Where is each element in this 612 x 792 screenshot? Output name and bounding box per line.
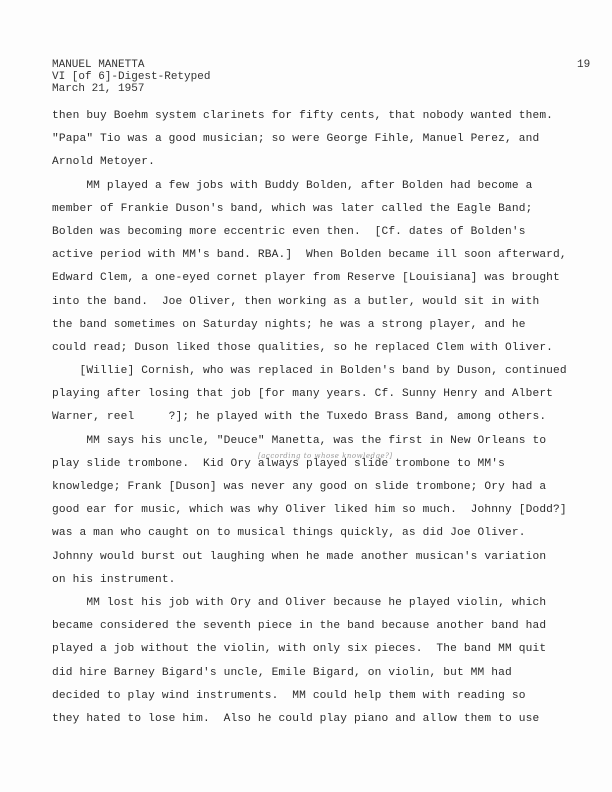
text-line: then buy Boehm system clarinets for fift… <box>52 105 567 128</box>
reel-info: VI [of 6]-Digest-Retyped <box>52 71 210 83</box>
text-line: good ear for music, which was why Oliver… <box>52 499 567 522</box>
text-line: was a man who caught on to musical thing… <box>52 522 567 545</box>
text-line: MM played a few jobs with Buddy Bolden, … <box>52 175 567 198</box>
text-line: could read; Duson liked those qualities,… <box>52 337 567 360</box>
text-line: decided to play wind instruments. MM cou… <box>52 685 567 708</box>
text-line: into the band. Joe Oliver, then working … <box>52 291 567 314</box>
text-line: Edward Clem, a one-eyed cornet player fr… <box>52 267 567 290</box>
text-line: Johnny would burst out laughing when he … <box>52 546 567 569</box>
handwritten-annotation: [according to whose knowledge?] <box>258 452 393 460</box>
document-page: MANUEL MANETTA VI [of 6]-Digest-Retyped … <box>0 0 612 792</box>
document-header: MANUEL MANETTA VI [of 6]-Digest-Retyped … <box>52 59 210 95</box>
text-line: played a job without the violin, with on… <box>52 638 567 661</box>
interview-date: March 21, 1957 <box>52 83 210 95</box>
text-line: MM lost his job with Ory and Oliver beca… <box>52 592 567 615</box>
text-line: the band sometimes on Saturday nights; h… <box>52 314 567 337</box>
text-line: knowledge; Frank [Duson] was never any g… <box>52 476 567 499</box>
interviewee-name: MANUEL MANETTA <box>52 59 210 71</box>
text-line: member of Frankie Duson's band, which wa… <box>52 198 567 221</box>
text-line: "Papa" Tio was a good musician; so were … <box>52 128 567 151</box>
text-line: Arnold Metoyer. <box>52 151 567 174</box>
document-body: then buy Boehm system clarinets for fift… <box>52 105 567 731</box>
text-line: did hire Barney Bigard's uncle, Emile Bi… <box>52 662 567 685</box>
text-line: [Willie] Cornish, who was replaced in Bo… <box>52 360 567 383</box>
text-line: active period with MM's band. RBA.] When… <box>52 244 567 267</box>
text-line: Warner, reel ?]; he played with the Tuxe… <box>52 406 567 429</box>
text-line: playing after losing that job [for many … <box>52 383 567 406</box>
text-line: on his instrument. <box>52 569 567 592</box>
text-line: became considered the seventh piece in t… <box>52 615 567 638</box>
text-line: MM says his uncle, "Deuce" Manetta, was … <box>52 430 567 453</box>
page-number: 19 <box>577 59 590 71</box>
text-line: Bolden was becoming more eccentric even … <box>52 221 567 244</box>
text-line: they hated to lose him. Also he could pl… <box>52 708 567 731</box>
